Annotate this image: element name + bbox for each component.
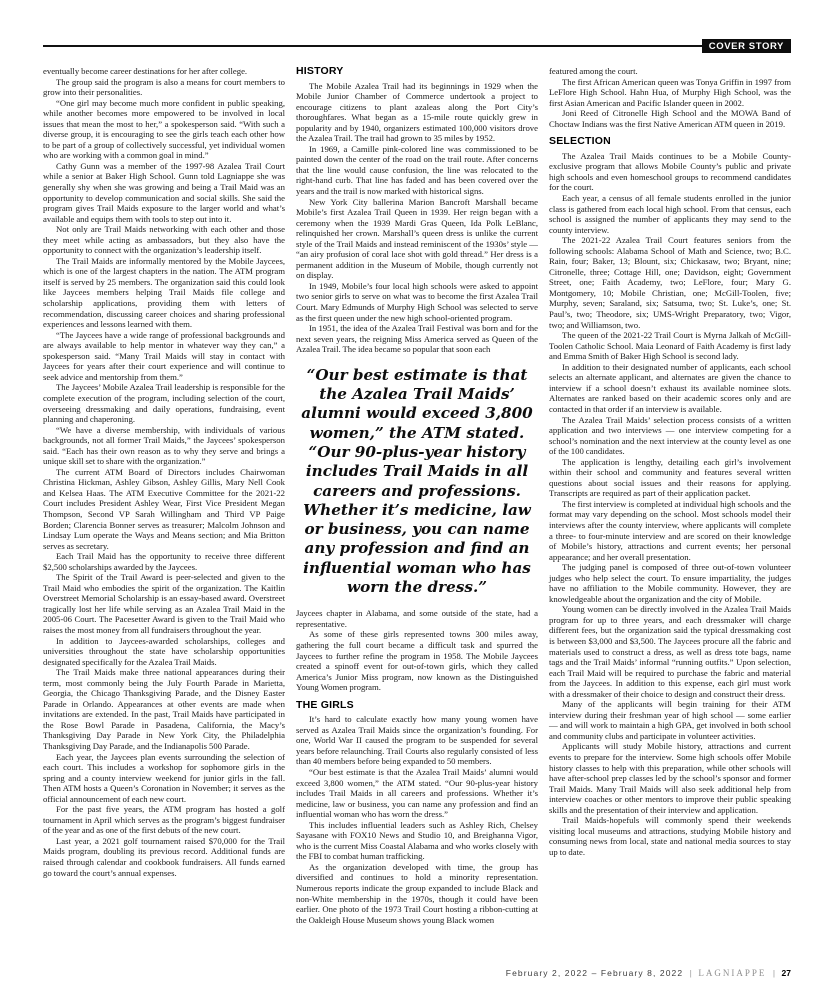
article-paragraph: The Mobile Azalea Trail had its beginnin… <box>296 81 538 144</box>
article-paragraph: In addition to their designated number o… <box>549 362 791 415</box>
article-paragraph: The Trail Maids are informally mentored … <box>43 256 285 330</box>
article-paragraph: The judging panel is composed of three o… <box>549 562 791 604</box>
article-paragraph: “We have a diverse membership, with indi… <box>43 425 285 467</box>
article-paragraph: The current ATM Board of Directors inclu… <box>43 467 285 551</box>
section-heading-history: HISTORY <box>296 66 538 78</box>
article-paragraph: The Azalea Trail Maids continues to be a… <box>549 151 791 193</box>
article-paragraph: The first African American queen was Ton… <box>549 77 791 109</box>
footer-page-number: 27 <box>782 968 791 978</box>
article-paragraph: New York City ballerina Marion Bancroft … <box>296 197 538 281</box>
article-paragraph: This includes influential leaders such a… <box>296 820 538 862</box>
article-paragraph: eventually become career destinations fo… <box>43 66 285 77</box>
article-paragraph: Cathy Gunn was a member of the 1997-98 A… <box>43 161 285 224</box>
article-paragraph: Each Trail Maid has the opportunity to r… <box>43 551 285 572</box>
article-paragraph: The Trail Maids make three national appe… <box>43 667 285 751</box>
article-paragraph: Jaycees chapter in Alabama, and some out… <box>296 608 538 629</box>
article-paragraph: Not only are Trail Maids networking with… <box>43 224 285 256</box>
cover-story-badge: COVER STORY <box>702 39 791 54</box>
footer-separator: | <box>690 968 692 978</box>
article-paragraph: Trail Maids-hopefuls will commonly spend… <box>549 815 791 857</box>
article-paragraph: Young women can be directly involved in … <box>549 604 791 699</box>
article-column-left: eventually become career destinations fo… <box>43 66 285 925</box>
article-paragraph: It’s hard to calculate exactly how many … <box>296 714 538 767</box>
article-paragraph: Applicants will study Mobile history, at… <box>549 741 791 815</box>
article-paragraph: “One girl may become much more confident… <box>43 98 285 161</box>
article-paragraph: Last year, a 2021 golf tournament raised… <box>43 836 285 878</box>
article-paragraph: The queen of the 2021-22 Trail Court is … <box>549 330 791 362</box>
article-paragraph: The Azalea Trail Maids’ selection proces… <box>549 415 791 457</box>
footer-separator: | <box>773 968 775 978</box>
article-paragraph: Each year, the Jaycees plan events surro… <box>43 752 285 805</box>
article-column-right: featured among the court.The first Afric… <box>549 66 791 925</box>
magazine-page: COVER STORY eventually become career des… <box>0 0 819 1008</box>
article-paragraph: Each year, a census of all female studen… <box>549 193 791 235</box>
article-paragraph: The Jaycees’ Mobile Azalea Trail leaders… <box>43 382 285 424</box>
article-paragraph: Many of the applicants will begin traini… <box>549 699 791 741</box>
article-columns: eventually become career destinations fo… <box>43 66 791 925</box>
article-column-middle: HISTORYThe Mobile Azalea Trail had its b… <box>296 66 538 925</box>
article-paragraph: The first interview is completed at indi… <box>549 499 791 562</box>
header-rule <box>43 45 702 47</box>
page-header: COVER STORY <box>43 38 791 54</box>
article-paragraph: For the past five years, the ATM program… <box>43 804 285 836</box>
article-paragraph: The 2021-22 Azalea Trail Court features … <box>549 235 791 330</box>
article-paragraph: “The Jaycees have a wide range of profes… <box>43 330 285 383</box>
article-paragraph: The group said the program is also a mea… <box>43 77 285 98</box>
article-paragraph: As the organization developed with time,… <box>296 862 538 925</box>
footer-publication-name: LAGNIAPPE <box>698 968 766 978</box>
section-heading-selection: SELECTION <box>549 136 791 148</box>
pull-quote: “Our best estimate is that the Azalea Tr… <box>297 366 537 598</box>
article-paragraph: As some of these girls represented towns… <box>296 629 538 692</box>
article-paragraph: “Our best estimate is that the Azalea Tr… <box>296 767 538 820</box>
page-footer: February 2, 2022 – February 8, 2022 | LA… <box>506 968 791 978</box>
article-paragraph: The Spirit of the Trail Award is peer-se… <box>43 572 285 635</box>
article-paragraph: In addition to Jaycees-awarded scholarsh… <box>43 636 285 668</box>
article-paragraph: The application is lengthy, detailing ea… <box>549 457 791 499</box>
footer-date-range: February 2, 2022 – February 8, 2022 <box>506 968 683 978</box>
article-paragraph: featured among the court. <box>549 66 791 77</box>
article-paragraph: In 1969, a Camille pink-colored line was… <box>296 144 538 197</box>
article-paragraph: Joni Reed of Citronelle High School and … <box>549 108 791 129</box>
article-paragraph: In 1951, the idea of the Azalea Trail Fe… <box>296 323 538 355</box>
section-heading-the-girls: THE GIRLS <box>296 700 538 712</box>
article-paragraph: In 1949, Mobile’s four local high school… <box>296 281 538 323</box>
